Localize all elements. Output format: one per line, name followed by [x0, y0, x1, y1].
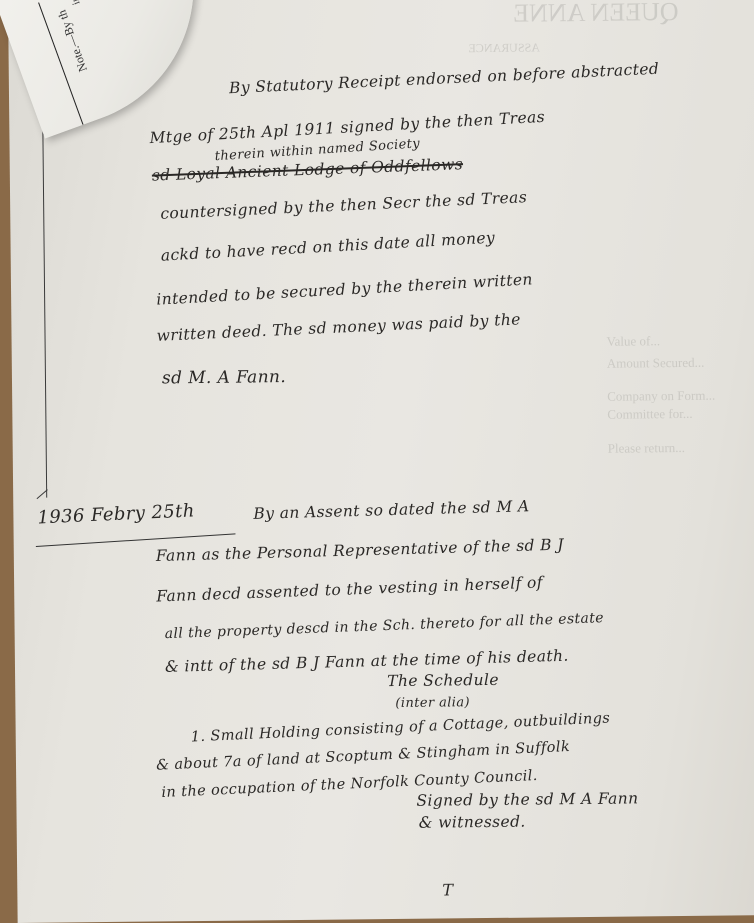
footer-mark: T: [442, 880, 453, 899]
ghost-form-line: Company on Form...: [607, 388, 715, 405]
entry-1911-line-6: intended to be secured by the therein wr…: [156, 270, 533, 308]
entry-1911-line-3: sd Loyal Ancient Lodge of Oddfellows: [152, 155, 464, 184]
entry-1936-line-2: Fann as the Personal Representative of t…: [156, 536, 565, 565]
note-fragment: in: [69, 0, 83, 7]
signature-line: Signed by the sd M A Fann: [416, 789, 638, 809]
struck-text: sd Loyal Ancient Lodge of Oddfellows: [152, 155, 464, 184]
letterhead-ghost-title: QUEEN ANNE: [513, 0, 679, 29]
document-page: QUEEN ANNE ASSURANCE Value of... Amount …: [8, 0, 754, 923]
entry-1911-line-1: By Statutory Receipt endorsed on before …: [229, 60, 660, 98]
ghost-form-line: Value of...: [607, 333, 661, 350]
witness-line: & witnessed.: [419, 813, 526, 832]
margin-rule: [42, 78, 47, 498]
entry-1911-line-7: written deed. The sd money was paid by t…: [156, 310, 521, 345]
ghost-form-line: Amount Secured...: [607, 355, 705, 372]
ghost-form-line: Committee for...: [607, 406, 692, 423]
entry-1936-line-1: By an Assent so dated the sd M A: [253, 497, 530, 523]
schedule-subheading: (inter alia): [395, 695, 470, 711]
entry-1936-date: 1936 Febry 25th: [37, 500, 195, 528]
entry-1936-line-5: & intt of the sd B J Fann at the time of…: [165, 647, 569, 676]
entry-1911-line-5: ackd to have recd on this date all money: [160, 229, 495, 265]
entry-1936-line-4: all the property descd in the Sch. there…: [164, 610, 604, 642]
schedule-heading: The Schedule: [387, 671, 499, 690]
letterhead-ghost-subtitle: ASSURANCE: [468, 40, 540, 56]
entry-1911-line-4: countersigned by the then Secr the sd Tr…: [160, 188, 528, 223]
ghost-form-line: Please return...: [608, 440, 685, 457]
entry-1936-line-3: Fann decd assented to the vesting in her…: [156, 573, 543, 605]
entry-1911-line-8: sd M. A Fann.: [162, 367, 286, 388]
